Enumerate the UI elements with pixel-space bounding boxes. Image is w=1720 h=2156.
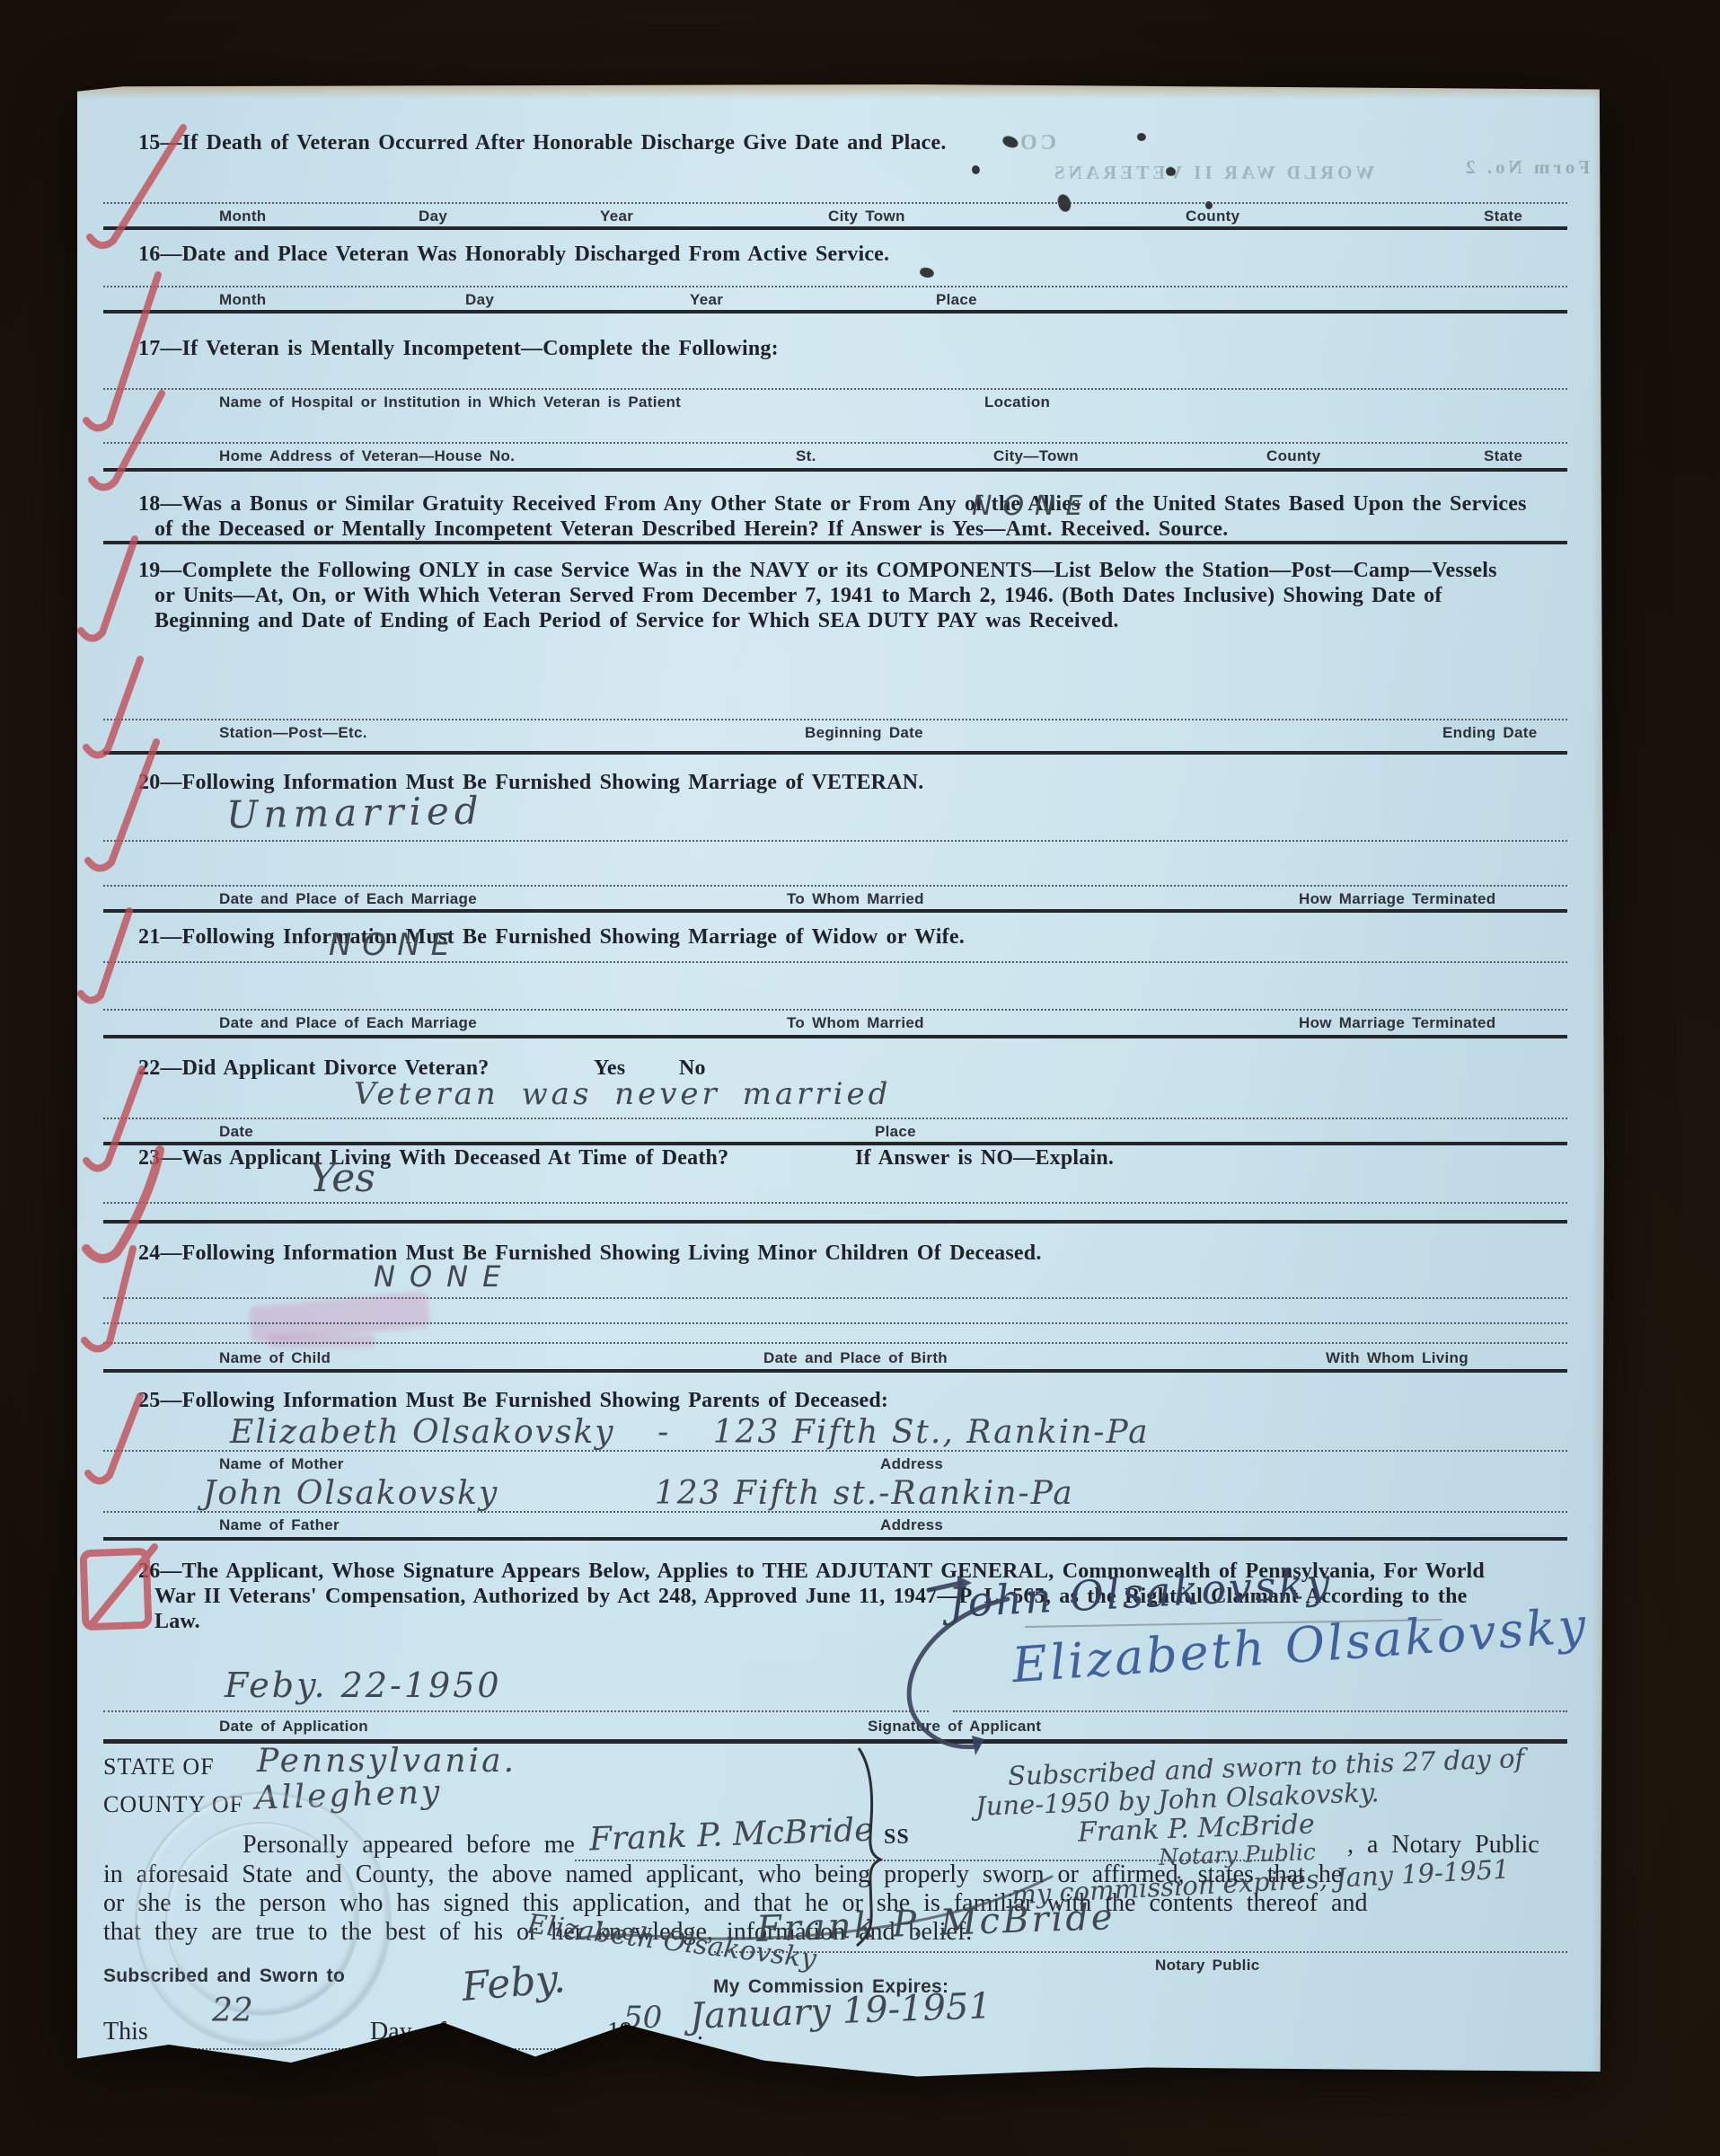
handwritten-never-married: Veteran was never married [354,1076,891,1112]
write-line [103,1322,1567,1324]
handwritten-yes: Yes [309,1155,375,1201]
label-ss: SS [884,1825,910,1850]
section-divider [103,1142,1567,1145]
item-26-heading-line3: Law. [154,1610,200,1634]
write-line [636,2048,692,2050]
write-line [103,1342,1567,1344]
write-line [103,1118,1567,1119]
label-notary-public: Notary Public [1155,1957,1259,1975]
item-19-heading-line3: Beginning and Date of Ending of Each Per… [154,609,1119,633]
col-label-date: Date [219,1123,253,1141]
col-label-beginning-date: Beginning Date [805,724,923,742]
handwritten-frank-fill: Frank P. McBride [588,1811,874,1858]
write-line [103,1450,1567,1452]
section-divider [103,226,1567,230]
col-label-place: Place [875,1123,916,1141]
section-divider [103,1220,1567,1224]
section-divider [103,468,1567,472]
label-period: . [697,2018,703,2046]
write-line [103,1009,1567,1011]
write-line [469,2048,595,2050]
write-line [103,202,1567,204]
item-18-heading-line1: 18—Was a Bonus or Similar Gratuity Recei… [138,492,1527,517]
item-21-heading: 21—Following Information Must Be Furnish… [138,925,965,950]
red-check-17 [92,393,162,488]
col-label-date-place-birth: Date and Place of Birth [763,1349,948,1367]
mother-address: 123 Fifth St., Rankin-Pa [713,1414,1150,1451]
col-label-place: Place [936,291,977,309]
ink-blot [972,165,980,174]
red-check-18 [81,539,135,639]
handwritten-none-21: NONE [329,927,461,963]
handwritten-unmarried: Unmarried [226,789,484,837]
ink-blot [1166,167,1176,176]
col-label-how-terminated: How Marriage Terminated [1299,890,1495,908]
write-line [103,442,1567,444]
col-label-state: State [1484,447,1522,465]
col-label-name-of-child: Name of Child [219,1349,331,1367]
col-label-name-of-mother: Name of Mother [219,1455,344,1473]
item-24-heading: 24—Following Information Must Be Furnish… [138,1241,1042,1266]
col-label-location: Location [984,393,1050,411]
handwritten-father-line: John Olsakovsky 123 Fifth st.-Rankin-Pa [203,1475,1074,1512]
col-label-county: County [1186,208,1239,225]
col-label-county: County [1266,447,1320,465]
write-line [103,840,1567,842]
item-19-heading-line2: or Units—At, On, or With Which Veteran S… [154,584,1442,608]
scanned-document-page: { "colors":{"paper":"#c8e1eb","print_ink… [0,0,1720,2156]
label-date-of-application: Date of Application [219,1718,368,1736]
section-divider [103,1537,1567,1541]
section-divider [103,1035,1567,1038]
section-divider [103,1369,1567,1373]
handwritten-year-50: 50 [623,2000,662,2036]
handwritten-pennsylvania: Pennsylvania. [257,1743,516,1780]
section-divider [103,310,1567,314]
col-label-day: Day [465,291,494,309]
write-line [167,2048,347,2050]
col-label-street: St. [796,447,816,465]
red-check-19 [86,659,140,755]
stamp-smudge [268,1335,375,1347]
col-label-date-place-marriage: Date and Place of Each Marriage [219,890,477,908]
handwritten-month-feby: Feby. [460,1956,567,2010]
col-label-with-whom-living: With Whom Living [1326,1349,1469,1367]
col-label-home-address: Home Address of Veteran—House No. [219,447,515,465]
father-address: 123 Fifth st.-Rankin-Pa [655,1475,1074,1512]
embossed-seal-inner [165,1822,359,2016]
write-line [103,961,1567,963]
write-line [714,1951,1567,1953]
red-check-26 [92,1547,154,1624]
col-label-city-town: City—Town [993,447,1079,465]
item-23-suffix: If Answer is NO—Explain. [855,1146,1114,1171]
col-label-month: Month [219,208,266,225]
section-divider [103,541,1567,544]
write-line [103,719,1567,720]
item-16-heading: 16—Date and Place Veteran Was Honorably … [138,243,889,267]
col-label-name-of-father: Name of Father [219,1516,340,1534]
col-label-station: Station—Post—Etc. [219,724,367,742]
col-label-to-whom-married: To Whom Married [787,1014,924,1032]
red-check-20 [88,742,156,869]
handwritten-mother-line: Elizabeth Olsakovsky - 123 Fifth St., Ra… [230,1414,1150,1451]
col-label-hospital: Name of Hospital or Institution in Which… [219,393,681,411]
write-line [103,1511,1567,1513]
red-check-25 [88,1396,140,1481]
col-label-month: Month [219,291,266,309]
write-line [103,885,1567,887]
item-19-heading-line1: 19—Complete the Following ONLY in case S… [138,559,1497,583]
col-label-how-terminated: How Marriage Terminated [1299,1014,1495,1032]
item-25-heading: 25—Following Information Must Be Furnish… [138,1389,888,1413]
father-name: John Olsakovsky [203,1475,498,1512]
col-label-day: Day [419,208,447,225]
handwritten-none-18: NONE [972,490,1093,522]
write-line [103,286,1567,287]
section-divider [103,751,1567,755]
bleed-form-no: Form No. 2 [1462,156,1590,179]
mother-dash: - [657,1414,670,1451]
bleed-world-war-text: WORLD WAR II VETERANS [1051,162,1374,184]
col-label-address: Address [880,1516,943,1534]
mother-name: Elizabeth Olsakovsky [230,1414,615,1451]
col-label-city-town: City Town [828,208,905,225]
col-label-ending-date: Ending Date [1442,724,1537,742]
handwritten-none-24: NONE [374,1259,515,1294]
handwritten-date-of-application: Feby. 22-1950 [225,1666,502,1705]
col-label-year: Year [690,291,723,309]
ink-blot [1137,133,1146,141]
write-line [103,1202,1567,1204]
col-label-address: Address [880,1455,943,1473]
label-state-of: STATE OF [103,1754,215,1780]
ink-blot [919,267,935,279]
red-check-21 [81,911,129,1001]
col-label-state: State [1484,208,1522,225]
bleed-co-fragment: CO [1017,131,1056,155]
write-line [103,1297,1567,1299]
col-label-year: Year [600,208,633,225]
write-line [103,1710,929,1712]
write-line [953,1710,1567,1712]
label-signature-of-applicant: Signature of Applicant [868,1718,1041,1736]
label-day-of: Day of [370,2018,446,2046]
item-17-heading: 17—If Veteran is Mentally Incompetent—Co… [138,337,779,361]
notary-paragraph-tail: , a Notary Public [1347,1831,1539,1860]
item-23-heading: 23—Was Applicant Living With Deceased At… [138,1146,728,1171]
col-label-date-place-marriage: Date and Place of Each Marriage [219,1014,477,1032]
col-label-to-whom-married: To Whom Married [787,890,924,908]
section-divider [103,909,1567,913]
item-15-heading: 15—If Death of Veteran Occurred After Ho… [138,131,947,155]
form-paper: CO WORLD WAR II VETERANS Form No. 2 15—I… [77,84,1604,2081]
write-line [103,388,1567,390]
label-this: This [103,2018,148,2046]
